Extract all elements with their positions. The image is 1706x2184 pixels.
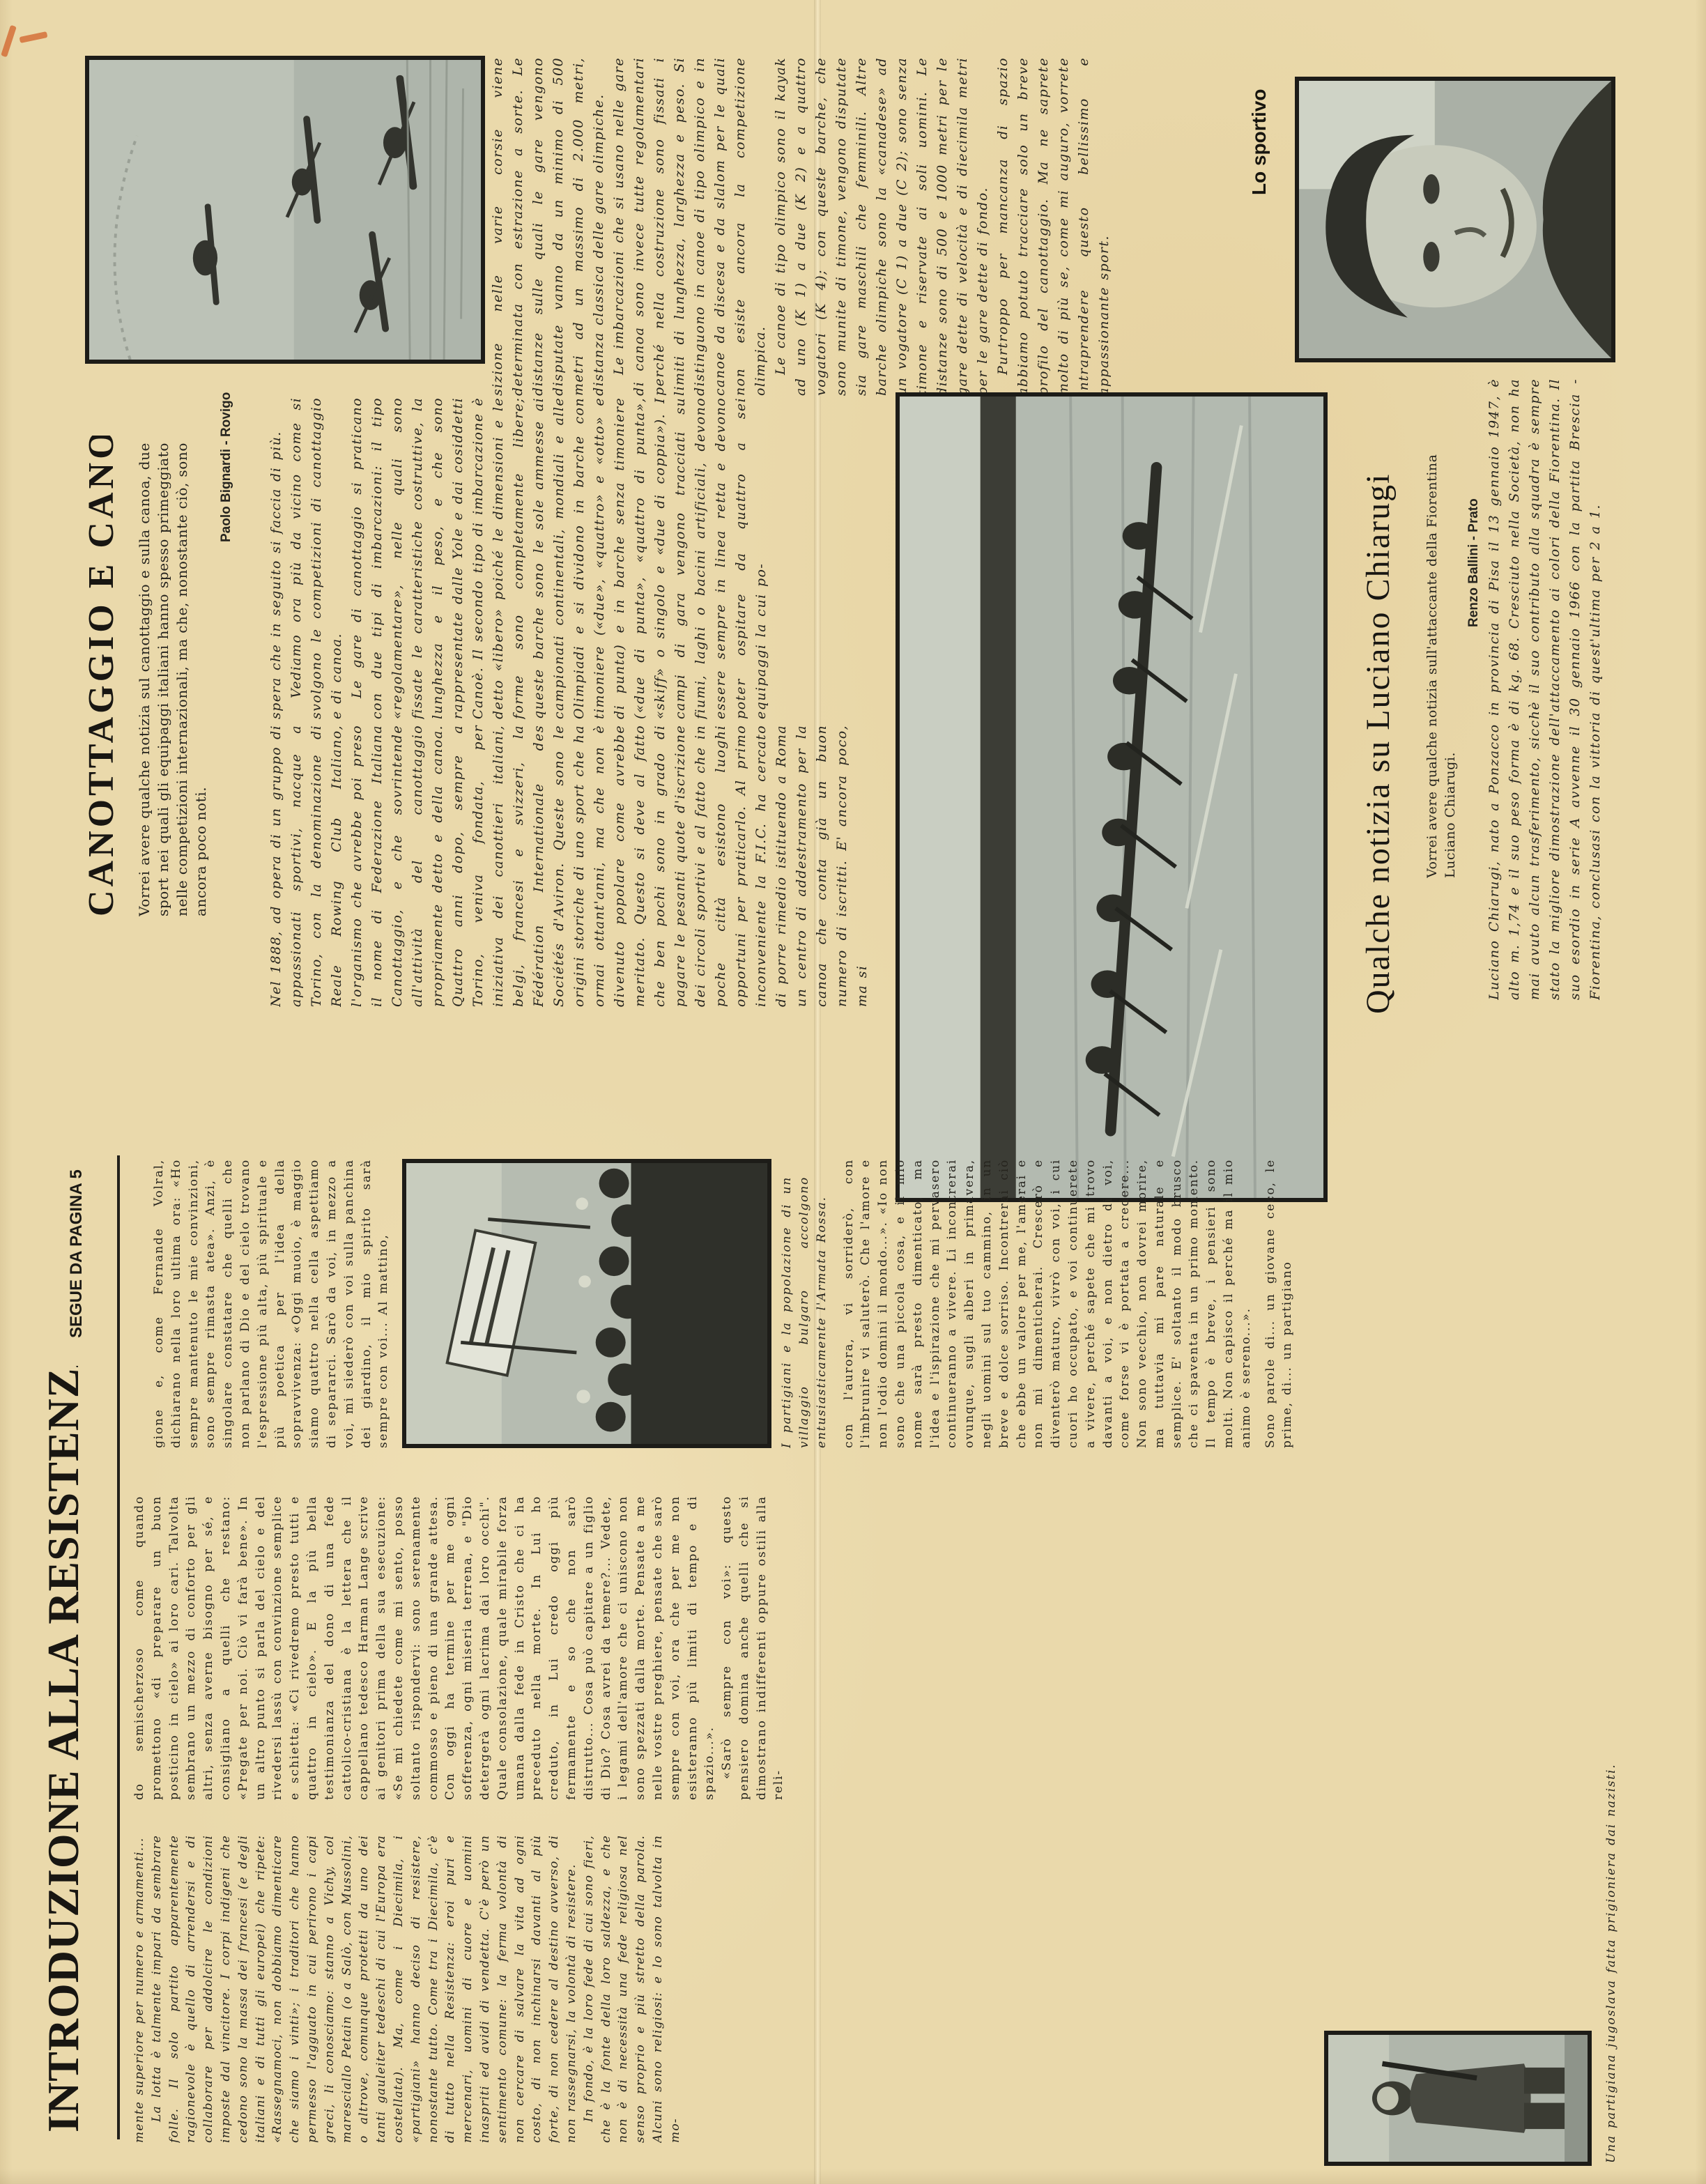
partisan-prisoner-photo — [1324, 2031, 1592, 2166]
rowing-eight-photo — [896, 392, 1328, 1202]
resistenza-segue-note: SEGUE DA PAGINA 5 — [67, 1151, 91, 1338]
chiarugi-subhead-line1: Vorrei avere qualche notizia sull'attacc… — [1423, 432, 1441, 878]
resistenza-column-2: do semischerzoso come quando promettono … — [131, 1495, 718, 1800]
crowd-demonstration-image — [406, 1163, 767, 1444]
partisan-prisoner-image — [1328, 2035, 1588, 2162]
headline-rule — [117, 1155, 120, 2139]
lo-sportivo-label: Lo sportivo — [1248, 49, 1276, 195]
canottaggio-column-3: Le imbarcazioni che si usano nelle gare … — [609, 57, 771, 396]
resistenza-column-3: con l'aurora, vi sorriderò, con l'imbrun… — [840, 1159, 1255, 1448]
chiarugi-body: Luciano Chiarugi, nato a Ponzacco in pro… — [1484, 378, 1636, 1000]
chiarugi-headline: Qualche notizia su Luciano Chiarugi — [1359, 436, 1405, 1014]
partisan-photo-caption: Una partigiana jugoslava fatta prigionie… — [1603, 1661, 1625, 2163]
rotated-page-canvas: CANOTTAGGIO E CANOA Vorrei avere qualche… — [0, 0, 1706, 2184]
resistenza-column-2: «Sarò sempre con voi»: questo pensiero d… — [718, 1495, 787, 1800]
crowd-photo-caption: I partigiani e la popolazione di un vill… — [778, 1176, 830, 1448]
pencil-mark-icon — [1, 25, 17, 58]
chiarugi-portrait-photo — [1295, 77, 1615, 362]
resistenza-column-1: In fondo, è la loro fede di cui sono fie… — [581, 1835, 684, 2143]
canottaggio-headline: CANOTTAGGIO E CANOA — [81, 436, 127, 916]
scanned-newspaper-page: CANOTTAGGIO E CANOA Vorrei avere qualche… — [0, 0, 1706, 2184]
resistenza-column-3-closing: Sono parole di... un giovane ceco, le pr… — [1262, 1159, 1297, 1448]
pencil-mark-icon — [20, 31, 48, 43]
chiarugi-byline: Renzo Ballini - Prato — [1466, 446, 1484, 627]
canottaggio-column-2: Vediamo ora più da vicino come si svolgo… — [286, 397, 347, 719]
chiarugi-subhead-line2: Luciano Chiarugi. — [1441, 432, 1459, 878]
canoe-regatta-photo — [85, 56, 485, 364]
resistenza-column-1: mente superiore per numero e armamenti..… — [131, 1835, 148, 2143]
canottaggio-column-3: Purtroppo per mancanza di spazio abbiamo… — [993, 57, 1114, 396]
crowd-demonstration-photo — [402, 1159, 771, 1448]
resistenza-column-3: gione e, come Fernande Volral, dichiaran… — [131, 1159, 392, 1448]
canottaggio-column-3: Le canoe di tipo olimpico sono il kayak … — [771, 57, 993, 396]
canottaggio-subhead: Vorrei avere qualche notizia sul canotta… — [135, 443, 216, 916]
chiarugi-portrait-image — [1299, 81, 1611, 358]
canoe-regatta-photo-image — [89, 60, 481, 360]
canottaggio-byline: Paolo Bignardi - Rovigo — [219, 389, 237, 542]
resistenza-column-1: La lotta è talmente impari da sembrare f… — [148, 1835, 581, 2143]
rowing-eight-photo-image — [900, 397, 1323, 1198]
canottaggio-column-2: spera che in seguito si faccia di più. — [266, 397, 286, 719]
canottaggio-column-3: sizione nelle varie corsie viene determi… — [488, 57, 609, 396]
canottaggio-column-2: Le gare di canottaggio si praticano con … — [347, 397, 771, 719]
canottaggio-column-1: Nel 1888, ad opera di un gruppo di appas… — [266, 725, 895, 1007]
resistenza-headline: INTRODUZIONE ALLA RESISTENZA — [38, 1366, 102, 2132]
